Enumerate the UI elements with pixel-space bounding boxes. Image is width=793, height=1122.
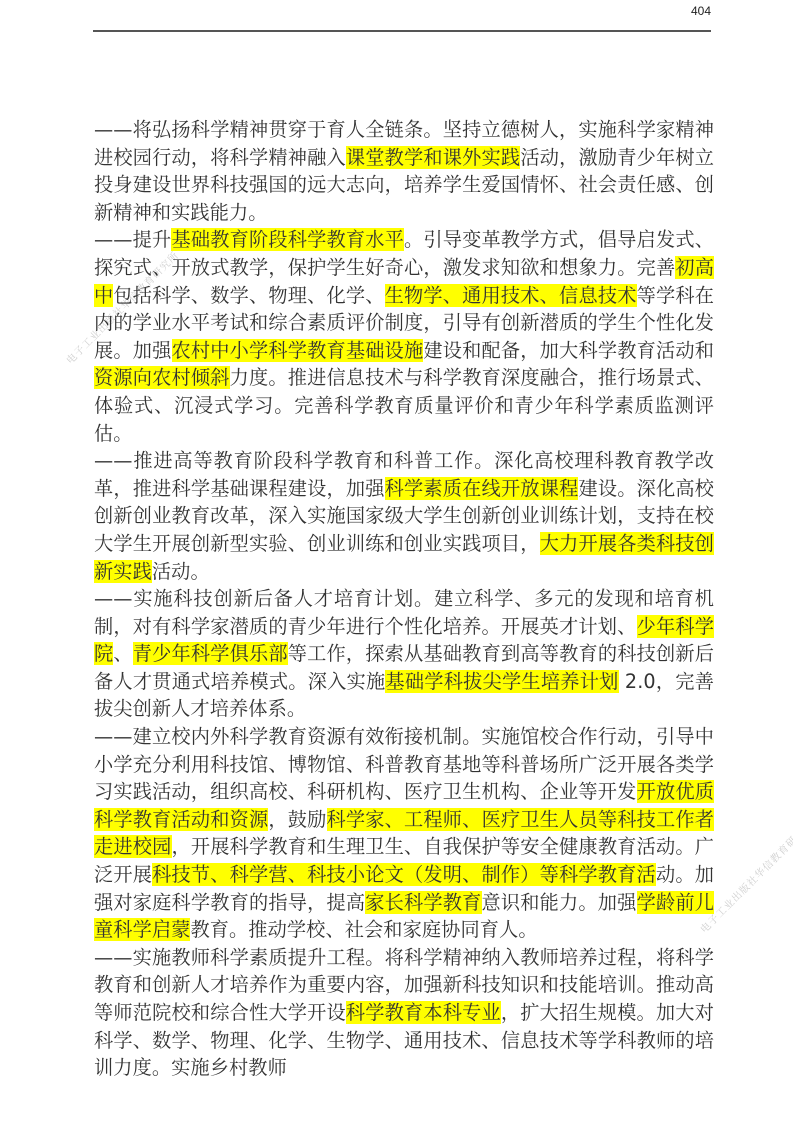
text-segment: 建设和配备，加大科学教育活动和 [423, 339, 714, 362]
highlighted-text: 青少年科学俱乐部 [133, 642, 288, 665]
page-number: 404 [691, 4, 711, 18]
highlighted-text: 科学素质在线开放课程 [385, 477, 579, 500]
text-segment: 包括科学、数学、物理、化学、 [113, 284, 384, 307]
paragraph: ——实施科技创新后备人才培育计划。建立科学、多元的发现和培育机制，对有科学家潜质… [94, 585, 714, 723]
body-text: ——将弘扬科学精神贯穿于育人全链条。坚持立德树人，实施科学家精神进校园行动，将科… [94, 116, 714, 1082]
text-segment: ，鼓励 [268, 808, 326, 831]
highlighted-text: 科学教育本科专业 [346, 1001, 501, 1024]
header-rule [93, 30, 711, 32]
text-segment: 意识和能力。加强 [482, 891, 637, 914]
highlighted-text: 课堂教学和课外实践 [346, 146, 520, 169]
paragraph: ——将弘扬科学精神贯穿于育人全链条。坚持立德树人，实施科学家精神进校园行动，将科… [94, 116, 714, 226]
paragraph: ——实施教师科学素质提升工程。将科学精神纳入教师培养过程，将科学教育和创新人才培… [94, 944, 714, 1082]
highlighted-text: 农村中小学科学教育基础设施 [172, 339, 424, 362]
highlighted-text: 家长科学教育 [365, 891, 481, 914]
paragraph: ——推进高等教育阶段科学教育和科普工作。深化高校理科教育教学改革，推进科学基础课… [94, 447, 714, 585]
paragraph: ——提升基础教育阶段科学教育水平。引导变革教学方式，倡导启发式、探究式、开放式教… [94, 226, 714, 447]
text-segment: 教育。推动学校、社会和家庭协同育人。 [190, 918, 537, 941]
text-segment: ——实施科技创新后备人才培育计划。建立科学、多元的发现和培育机制，对有科学家潜质… [94, 587, 714, 638]
text-segment: ——建立校内外科学教育资源有效衔接机制。实施馆校合作行动，引导中小学充分利用科技… [94, 725, 714, 803]
text-segment: 、 [113, 642, 132, 665]
text-segment: 活动。 [152, 560, 210, 583]
highlighted-text: 科技节、科学营、科技小论文（发明、制作）等科学教育活 [152, 863, 656, 886]
paragraph: ——建立校内外科学教育资源有效衔接机制。实施馆校合作行动，引导中小学充分利用科技… [94, 723, 714, 944]
highlighted-text: 生物学、通用技术、信息技术 [385, 284, 637, 307]
text-segment: ——提升 [94, 228, 171, 251]
highlighted-text: 资源向农村倾斜 [94, 366, 230, 389]
highlighted-text: 基础学科拔尖学生培养计划 [385, 670, 618, 693]
highlighted-text: 基础教育阶段科学教育水平 [171, 228, 404, 251]
